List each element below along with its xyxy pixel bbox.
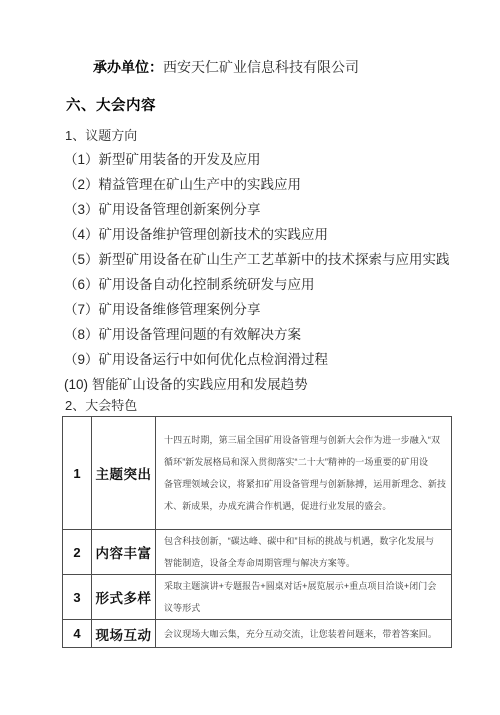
document-page: 承办单位：西安天仁矿业信息科技有限公司 六、大会内容 1、议题方向 （1）新型矿… [0, 0, 500, 715]
topic-item-7: （7）矿用设备维修管理案例分享 [64, 297, 450, 322]
feature-number: 2 [63, 530, 92, 575]
topic-item-10: (10) 智能矿山设备的实践应用和发展趋势 [64, 372, 450, 397]
feature-number: 4 [63, 620, 92, 648]
topic-item-5: （5）新型矿用设备在矿山生产工艺革新中的技术探索与应用实践 [64, 247, 450, 272]
topic-item-2: （2）精益管理在矿山生产中的实践应用 [64, 172, 450, 197]
feature-title: 现场互动 [92, 620, 156, 648]
feature-row-3: 3 形式多样 采取主题演讲+专题报告+圆桌对话+展览展示+重点项目洽谈+闭门会 … [63, 575, 452, 620]
features-subheading: 2、大会特色 [65, 395, 137, 414]
feature-row-4: 4 现场互动 会议现场大咖云集，充分互动交流，让您装着问题来，带着答案回。 [63, 620, 452, 648]
feature-title: 形式多样 [92, 575, 156, 620]
organizer-label: 承办单位： [93, 59, 163, 75]
feature-description: 采取主题演讲+专题报告+圆桌对话+展览展示+重点项目洽谈+闭门会 议等形式 [156, 575, 452, 620]
feature-description: 会议现场大咖云集，充分互动交流，让您装着问题来，带着答案回。 [156, 620, 452, 648]
organizer-line: 承办单位：西安天仁矿业信息科技有限公司 [93, 59, 359, 76]
topics-list: （1）新型矿用装备的开发及应用 （2）精益管理在矿山生产中的实践应用 （3）矿用… [64, 147, 450, 397]
features-table: 1 主题突出 十四五时期，第三届全国矿用设备管理与创新大会作为进一步融入“双 循… [62, 416, 452, 648]
feature-row-1: 1 主题突出 十四五时期，第三届全国矿用设备管理与创新大会作为进一步融入“双 循… [63, 417, 452, 530]
topic-item-3: （3）矿用设备管理创新案例分享 [64, 197, 450, 222]
organizer-value: 西安天仁矿业信息科技有限公司 [163, 59, 359, 75]
topic-item-6: （6）矿用设备自动化控制系统研发与应用 [64, 272, 450, 297]
topic-item-1: （1）新型矿用装备的开发及应用 [64, 147, 450, 172]
feature-row-2: 2 内容丰富 包含科技创新，“碳达峰、碳中和”目标的挑战与机遇，数字化发展与 智… [63, 530, 452, 575]
topics-subheading: 1、议题方向 [65, 125, 137, 144]
topic-item-8: （8）矿用设备管理问题的有效解决方案 [64, 322, 450, 347]
feature-description: 包含科技创新，“碳达峰、碳中和”目标的挑战与机遇，数字化发展与 智能制造，设备全… [156, 530, 452, 575]
feature-number: 3 [63, 575, 92, 620]
feature-title: 内容丰富 [92, 530, 156, 575]
feature-number: 1 [63, 417, 92, 530]
section-heading: 六、大会内容 [66, 94, 156, 115]
topic-item-9: （9）矿用设备运行中如何优化点检润滑过程 [64, 347, 450, 372]
feature-description: 十四五时期，第三届全国矿用设备管理与创新大会作为进一步融入“双 循环”新发展格局… [156, 417, 452, 530]
topic-item-4: （4）矿用设备维护管理创新技术的实践应用 [64, 222, 450, 247]
feature-title: 主题突出 [92, 417, 156, 530]
